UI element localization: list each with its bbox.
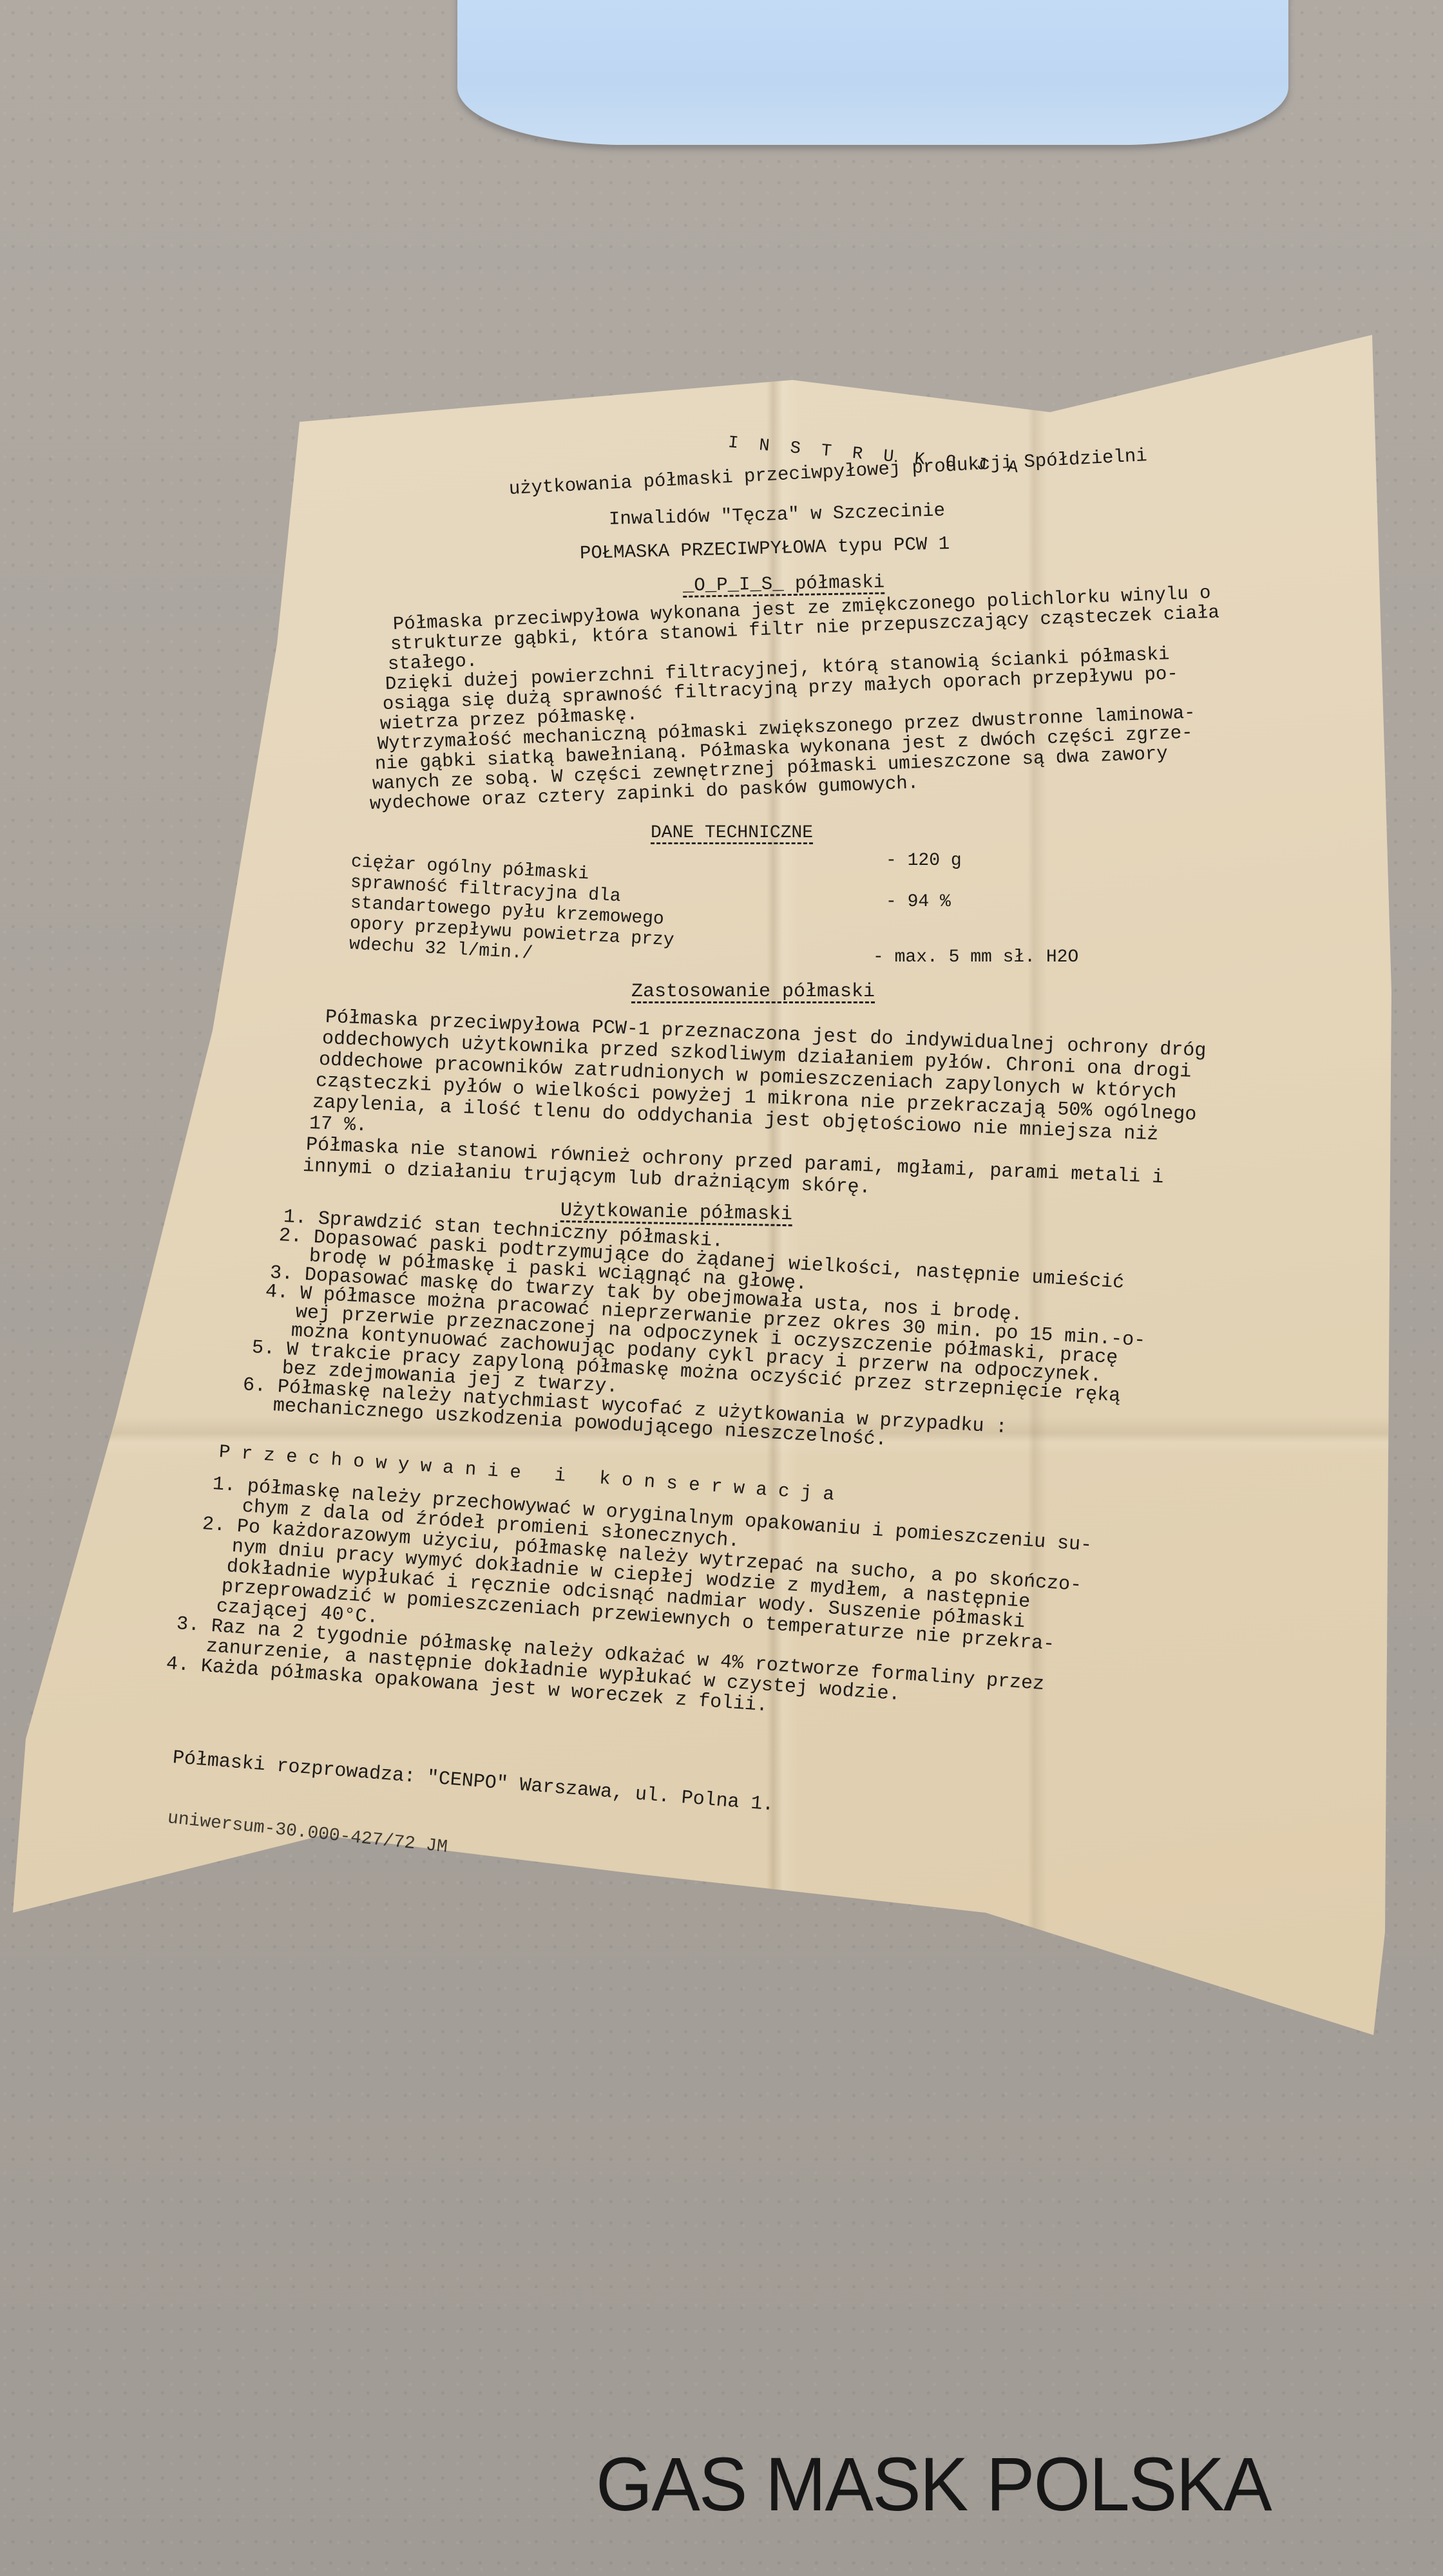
watermark: GAS MASK POLSKA [596,2441,1271,2528]
section-heading-dane-techniczne: DANE TECHNICZNE [651,824,813,842]
zastosowanie-line: 17 %. [309,1114,367,1135]
document-subtitle-2: Inwalidów "Tęcza" w Szczecinie [609,501,946,529]
technical-data-value: - 94 % [886,893,951,911]
instruction-text: I N S T R U K C J A użytkowania półmaski… [0,0,1443,2576]
distributor-line: Półmaski rozprowadza: "CENPO" Warszawa, … [172,1748,775,1815]
print-code: uniwersum-30.000-427/72 JM [167,1810,448,1857]
technical-data-value: - 120 g [886,852,962,870]
model-name: POŁMASKA PRZECIWPYŁOWA typu PCW 1 [580,535,950,563]
section-heading-uzytkowanie: Użytkowanie półmaski [560,1201,793,1224]
technical-data-value: - max. 5 mm sł. H2O [873,949,1078,967]
section-heading-opis: _O_P_I_S_ półmaski [683,573,885,595]
section-heading-zastosowanie: Zastosowanie półmaski [631,982,875,1001]
